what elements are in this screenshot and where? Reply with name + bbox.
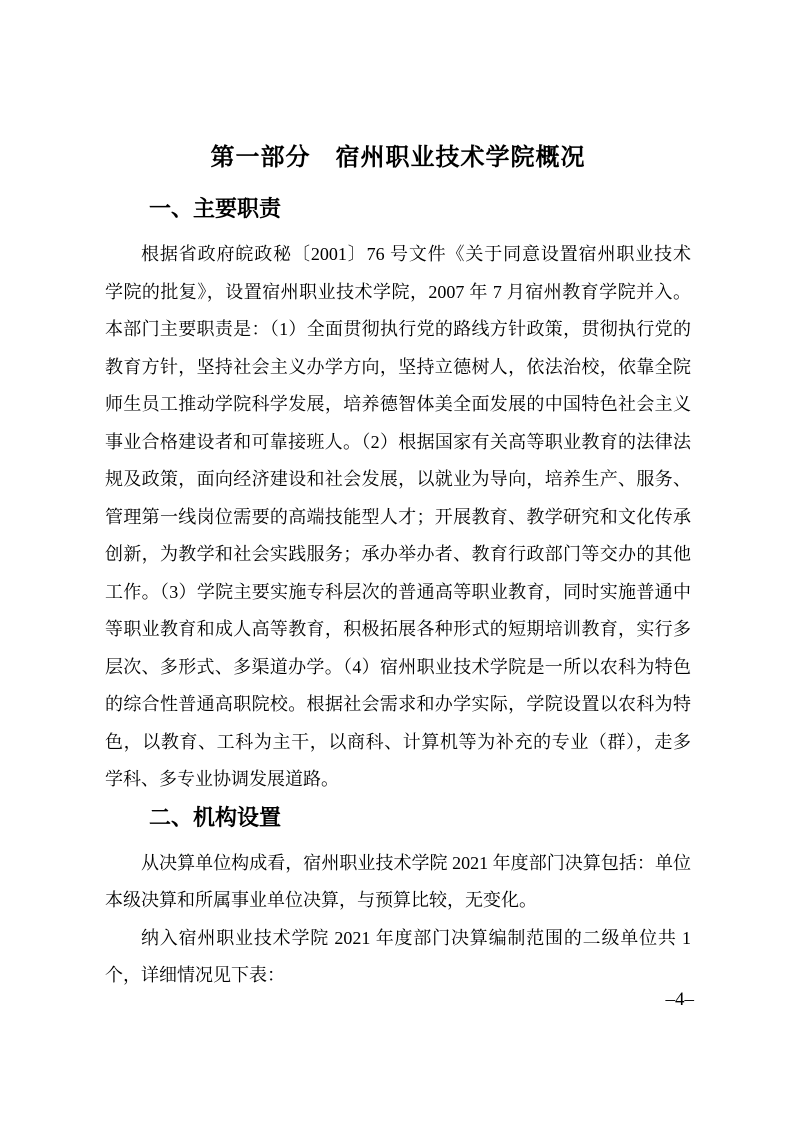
text-line: 的综合性普通高职院校。根据社会需求和办学实际，学院设置以农科为特 [105, 686, 691, 724]
paragraph: 根据省政府皖政秘〔2001〕76 号文件《关于同意设置宿州职业技术学院的批复》，… [105, 236, 691, 799]
section-heading: 二、机构设置 [105, 803, 691, 833]
text-line: 个，详细情况见下表： [105, 957, 691, 995]
page-number: –4– [666, 985, 695, 1015]
text-line: 师生员工推动学院科学发展，培养德智体美全面发展的中国特色社会主义 [105, 386, 691, 424]
section-heading: 一、主要职责 [105, 194, 691, 224]
document-body: 一、主要职责根据省政府皖政秘〔2001〕76 号文件《关于同意设置宿州职业技术学… [105, 194, 691, 995]
document-content: 第一部分 宿州职业技术学院概况 一、主要职责根据省政府皖政秘〔2001〕76 号… [105, 142, 691, 995]
document-page: 第一部分 宿州职业技术学院概况 一、主要职责根据省政府皖政秘〔2001〕76 号… [0, 0, 794, 1122]
text-line: 创新，为教学和社会实践服务；承办举办者、教育行政部门等交办的其他 [105, 536, 691, 574]
text-line: 本级决算和所属事业单位决算，与预算比较，无变化。 [105, 882, 691, 920]
text-line: 纳入宿州职业技术学院 2021 年度部门决算编制范围的二级单位共 1 [105, 920, 691, 958]
page-title: 第一部分 宿州职业技术学院概况 [105, 142, 691, 174]
text-line: 层次、多形式、多渠道办学。（4）宿州职业技术学院是一所以农科为特色 [105, 649, 691, 687]
paragraph: 纳入宿州职业技术学院 2021 年度部门决算编制范围的二级单位共 1个，详细情况… [105, 920, 691, 995]
text-line: 色，以教育、工科为主干，以商科、计算机等为补充的专业（群），走多 [105, 724, 691, 762]
paragraph: 从决算单位构成看，宿州职业技术学院 2021 年度部门决算包括：单位本级决算和所… [105, 845, 691, 920]
text-line: 根据省政府皖政秘〔2001〕76 号文件《关于同意设置宿州职业技术 [105, 236, 691, 274]
text-line: 学科、多专业协调发展道路。 [105, 761, 691, 799]
text-line: 事业合格建设者和可靠接班人。（2）根据国家有关高等职业教育的法律法 [105, 424, 691, 462]
text-line: 本部门主要职责是：（1）全面贯彻执行党的路线方针政策，贯彻执行党的 [105, 311, 691, 349]
text-line: 规及政策，面向经济建设和社会发展，以就业为导向，培养生产、服务、 [105, 461, 691, 499]
text-line: 管理第一线岗位需要的高端技能型人才；开展教育、教学研究和文化传承 [105, 499, 691, 537]
text-line: 工作。（3）学院主要实施专科层次的普通高等职业教育，同时实施普通中 [105, 574, 691, 612]
text-line: 等职业教育和成人高等教育，积极拓展各种形式的短期培训教育，实行多 [105, 611, 691, 649]
text-line: 从决算单位构成看，宿州职业技术学院 2021 年度部门决算包括：单位 [105, 845, 691, 883]
text-line: 学院的批复》，设置宿州职业技术学院，2007 年 7 月宿州教育学院并入。 [105, 274, 691, 312]
text-line: 教育方针，坚持社会主义办学方向，坚持立德树人，依法治校，依靠全院 [105, 349, 691, 387]
